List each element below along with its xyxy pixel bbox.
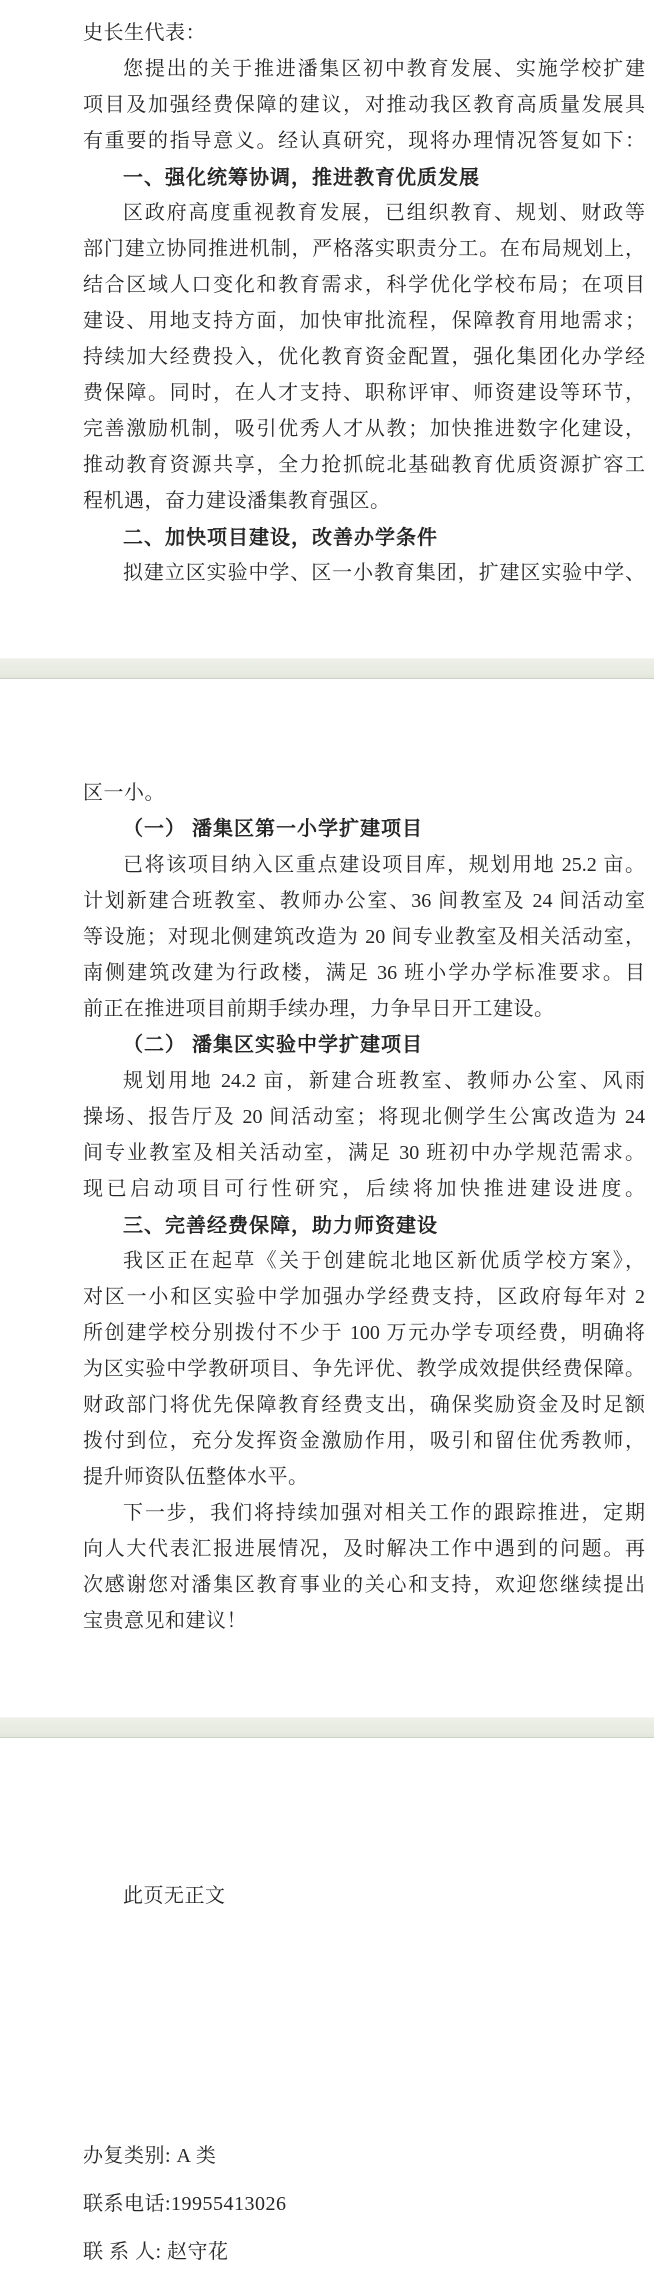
text-line: 等设施；对现北侧建筑改造为 20 间专业教室及相关活动室， (83, 919, 645, 955)
text-line: 程机遇，奋力建设潘集教育强区。 (83, 483, 645, 519)
section-heading: 一、强化统筹协调，推进教育优质发展 (83, 159, 645, 195)
page-1: 史长生代表：您提出的关于推进潘集区初中教育发展、实施学校扩建项目及加强经费保障的… (0, 0, 654, 658)
text-line: 完善激励机制，吸引优秀人才从教；加快推进数字化建设， (83, 411, 645, 447)
text-line: 项目及加强经费保障的建议，对推动我区教育高质量发展具 (83, 87, 645, 123)
text-line: 所创建学校分别拨付不少于 100 万元办学专项经费，明确将 (83, 1315, 645, 1351)
page-1-body: 史长生代表：您提出的关于推进潘集区初中教育发展、实施学校扩建项目及加强经费保障的… (83, 15, 645, 591)
text-line: 下一步，我们将持续加强对相关工作的跟踪推进，定期 (83, 1495, 645, 1531)
text-line: 部门建立协同推进机制，严格落实职责分工。在布局规划上， (83, 231, 645, 267)
text-line: 区一小。 (83, 775, 645, 811)
text-line: 有重要的指导意义。经认真研究，现将办理情况答复如下： (83, 123, 645, 159)
text-line: 区政府高度重视教育发展，已组织教育、规划、财政等 (83, 195, 645, 231)
page-2-body: 区一小。（一） 潘集区第一小学扩建项目已将该项目纳入区重点建设项目库，规划用地 … (83, 775, 645, 1639)
text-line: 对区一小和区实验中学加强办学经费支持，区政府每年对 2 (83, 1279, 645, 1315)
text-line: 现已启动项目可行性研究，后续将加快推进建设进度。 (83, 1171, 645, 1207)
text-line: 提升师资队伍整体水平。 (83, 1459, 645, 1495)
page-3: 此页无正文 办复类别: A 类联系电话:19955413026联 系 人: 赵守… (0, 1738, 654, 2293)
section-heading: （二） 潘集区实验中学扩建项目 (83, 1027, 645, 1063)
text-line: 推动教育资源共享，全力抢抓皖北基础教育优质资源扩容工 (83, 447, 645, 483)
text-line: 您提出的关于推进潘集区初中教育发展、实施学校扩建 (83, 51, 645, 87)
section-heading: 二、加快项目建设，改善办学条件 (83, 519, 645, 555)
text-line: 拟建立区实验中学、区一小教育集团，扩建区实验中学、 (83, 555, 645, 591)
text-line: 结合区域人口变化和教育需求，科学优化学校布局；在项目 (83, 267, 645, 303)
contact-line: 办复类别: A 类 (83, 2132, 645, 2180)
text-line: 南侧建筑改建为行政楼，满足 36 班小学办学标准要求。目 (83, 955, 645, 991)
text-line: 为区实验中学教研项目、争先评优、教学成效提供经费保障。 (83, 1351, 645, 1387)
text-line: 次感谢您对潘集区教育事业的关心和支持，欢迎您继续提出 (83, 1567, 645, 1603)
text-line: 规划用地 24.2 亩，新建合班教室、教师办公室、风雨 (83, 1063, 645, 1099)
page-gap-2 (0, 1717, 654, 1738)
page-2: 区一小。（一） 潘集区第一小学扩建项目已将该项目纳入区重点建设项目库，规划用地 … (0, 679, 654, 1717)
contact-block: 办复类别: A 类联系电话:19955413026联 系 人: 赵守花 (83, 2132, 645, 2276)
text-line: 计划新建合班教室、教师办公室、36 间教室及 24 间活动室 (83, 883, 645, 919)
text-line: 操场、报告厅及 20 间活动室；将现北侧学生公寓改造为 24 (83, 1099, 645, 1135)
text-line: 持续加大经费投入，优化教育资金配置，强化集团化办学经 (83, 339, 645, 375)
contact-line: 联 系 人: 赵守花 (83, 2228, 645, 2276)
text-line: 财政部门将优先保障教育经费支出，确保奖励资金及时足额 (83, 1387, 645, 1423)
section-heading: 三、完善经费保障，助力师资建设 (83, 1207, 645, 1243)
text-line: 向人大代表汇报进展情况，及时解决工作中遇到的问题。再 (83, 1531, 645, 1567)
section-heading: （一） 潘集区第一小学扩建项目 (83, 811, 645, 847)
text-line: 已将该项目纳入区重点建设项目库，规划用地 25.2 亩。 (83, 847, 645, 883)
contact-line: 联系电话:19955413026 (83, 2180, 645, 2228)
text-line: 宝贵意见和建议！ (83, 1603, 645, 1639)
text-line: 前正在推进项目前期手续办理，力争早日开工建设。 (83, 991, 645, 1027)
no-text-note: 此页无正文 (83, 1878, 645, 1914)
text-line: 费保障。同时，在人才支持、职称评审、师资建设等环节， (83, 375, 645, 411)
text-line: 间专业教室及相关活动室，满足 30 班初中办学规范需求。 (83, 1135, 645, 1171)
page-gap-1 (0, 658, 654, 679)
text-line: 史长生代表： (83, 15, 645, 51)
text-line: 建设、用地支持方面，加快审批流程，保障教育用地需求； (83, 303, 645, 339)
document-viewer: 史长生代表：您提出的关于推进潘集区初中教育发展、实施学校扩建项目及加强经费保障的… (0, 0, 654, 2293)
text-line: 我区正在起草《关于创建皖北地区新优质学校方案》， (83, 1243, 645, 1279)
text-line: 拨付到位，充分发挥资金激励作用，吸引和留住优秀教师， (83, 1423, 645, 1459)
